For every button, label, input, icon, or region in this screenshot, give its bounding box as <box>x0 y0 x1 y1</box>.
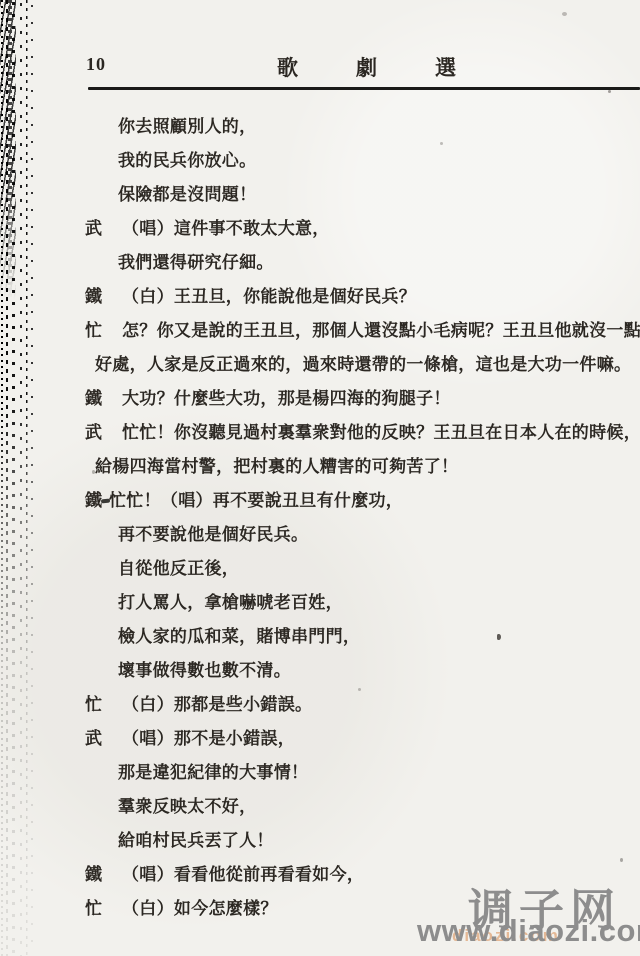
script-line: 那是違犯紀律的大事情！ <box>0 758 640 792</box>
line-text: 給咱村民兵丟了人！ <box>118 826 274 851</box>
line-text: 大功？什麼些大功，那是楊四海的狗腿子！ <box>122 384 451 409</box>
script-line: 檢人家的瓜和菜，賭博串門門， <box>0 622 640 656</box>
line-text: （唱）這件事不敢太大意， <box>122 214 330 239</box>
line-text: （唱）那不是小錯誤， <box>122 724 295 749</box>
scan-speck <box>358 688 361 691</box>
speaker-label: 武 <box>85 214 102 239</box>
scanned-book-page: 10 歌劇選 你去照顧別人的，我的民兵你放心。保險都是沒問題！武（唱）這件事不敢… <box>0 0 640 956</box>
line-text: （白）那都是些小錯誤。 <box>122 690 312 715</box>
speaker-label: 鐵 <box>85 486 102 511</box>
script-line: 武（唱）這件事不敢太大意， <box>0 214 640 248</box>
speaker-label: 武 <box>85 724 102 749</box>
script-line: 鐵忙忙！（唱）再不要說丑旦有什麼功， <box>0 486 640 520</box>
script-line: 再不要說他是個好民兵。 <box>0 520 640 554</box>
line-text: 壞事做得數也數不清。 <box>118 656 291 681</box>
script-line: 我們還得研究仔細。 <box>0 248 640 282</box>
scan-speck <box>562 12 567 16</box>
speaker-label: 鐵 <box>85 860 102 885</box>
page-header-title: 歌劇選 <box>277 52 514 82</box>
script-line: 打人罵人，拿槍嚇唬老百姓， <box>0 588 640 622</box>
line-text: （白）王丑旦，你能說他是個好民兵？ <box>122 282 416 307</box>
scan-speck <box>608 90 611 93</box>
script-line: 武（唱）那不是小錯誤， <box>0 724 640 758</box>
script-line: 鐵（白）王丑旦，你能說他是個好民兵？ <box>0 282 640 316</box>
line-text: 好處，人家是反正過來的，過來時還帶的一條槍，這也是大功一件嘛。 <box>95 350 631 375</box>
line-text: 打人罵人，拿槍嚇唬老百姓， <box>118 588 343 613</box>
line-text: 自從他反正後， <box>118 554 239 579</box>
script-line: 給楊四海當村警，把村裏的人糟害的可夠苦了！ <box>0 452 640 486</box>
line-text: 忙忙！（唱）再不要說丑旦有什麼功， <box>109 486 403 511</box>
line-text: 給楊四海當村警，把村裏的人糟害的可夠苦了！ <box>95 452 458 477</box>
script-line: 保險都是沒問題！ <box>0 180 640 214</box>
script-line: 武忙忙！你沒聽見過村裏羣衆對他的反映？王丑旦在日本人在的時候， <box>0 418 640 452</box>
script-line: 壞事做得數也數不清。 <box>0 656 640 690</box>
line-text: 保險都是沒問題！ <box>118 180 256 205</box>
speaker-label: 忙 <box>85 690 102 715</box>
line-text: 那是違犯紀律的大事情！ <box>118 758 308 783</box>
speaker-label: 忙 <box>85 894 102 919</box>
scan-speck <box>440 142 443 145</box>
speaker-label: 鐵 <box>85 282 102 307</box>
speaker-label: 鐵 <box>85 384 102 409</box>
line-text: 羣衆反映太不好， <box>118 792 256 817</box>
line-text: （唱）看看他從前再看看如今， <box>122 860 364 885</box>
line-text: 你去照顧別人的， <box>118 112 256 137</box>
scan-speck <box>620 858 623 862</box>
scan-speck <box>92 470 95 474</box>
speaker-label: 武 <box>85 418 102 443</box>
header-rule <box>88 87 640 90</box>
script-line: 鐵大功？什麼些大功，那是楊四海的狗腿子！ <box>0 384 640 418</box>
script-line: 我的民兵你放心。 <box>0 146 640 180</box>
line-text: 我的民兵你放心。 <box>118 146 256 171</box>
line-text: 再不要說他是個好民兵。 <box>118 520 308 545</box>
line-text: （白）如今怎麼樣？ <box>122 894 278 919</box>
scan-speck <box>497 634 501 640</box>
script-line: 你去照顧別人的， <box>0 112 640 146</box>
script-text-block: 你去照顧別人的，我的民兵你放心。保險都是沒問題！武（唱）這件事不敢太大意，我們還… <box>0 112 640 928</box>
speaker-label: 忙 <box>85 316 102 341</box>
script-line: 忙怎？你又是說的王丑旦，那個人還沒點小毛病呢？王丑旦他就沒一點 <box>0 316 640 350</box>
watermark-site-url: www.diaozi.com <box>417 913 640 949</box>
line-text: 我們還得研究仔細。 <box>118 248 274 273</box>
line-text: 怎？你又是說的王丑旦，那個人還沒點小毛病呢？王丑旦他就沒一點 <box>122 316 640 341</box>
script-line: 自從他反正後， <box>0 554 640 588</box>
script-line: 好處，人家是反正過來的，過來時還帶的一條槍，這也是大功一件嘛。 <box>0 350 640 384</box>
script-line: 給咱村民兵丟了人！ <box>0 826 640 860</box>
script-line: 羣衆反映太不好， <box>0 792 640 826</box>
page-number: 10 <box>86 54 106 75</box>
line-text: 忙忙！你沒聽見過村裏羣衆對他的反映？王丑旦在日本人在的時候， <box>122 418 640 443</box>
line-text: 檢人家的瓜和菜，賭博串門門， <box>118 622 360 647</box>
script-line: 忙（白）那都是些小錯誤。 <box>0 690 640 724</box>
